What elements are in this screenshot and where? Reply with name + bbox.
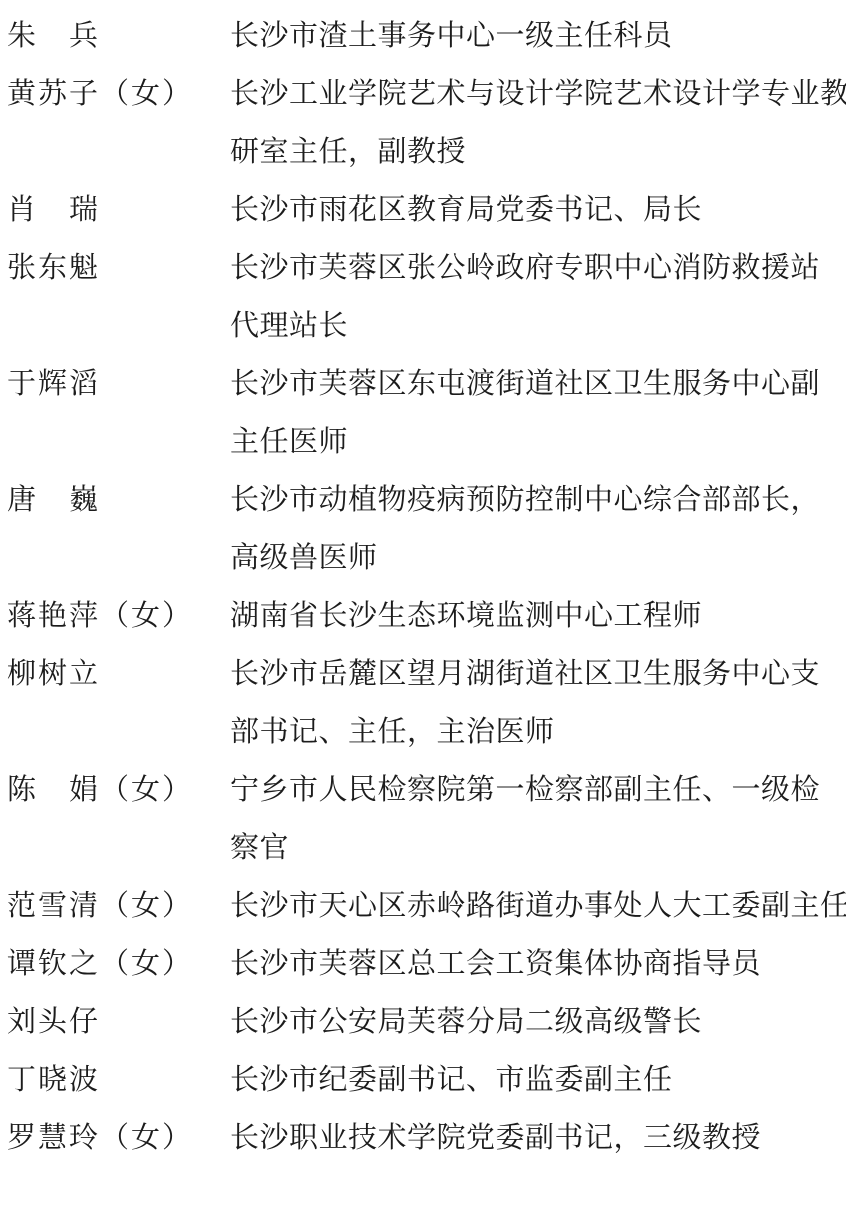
person-name: 柳树立 [7, 645, 230, 703]
person-name: 刘头仔 [7, 993, 230, 1051]
list-row: 谭钦之（女） 长沙市芙蓉区总工会工资集体协商指导员 [7, 935, 846, 993]
person-name: 范雪清（女） [7, 877, 230, 935]
list-row: 陈 娟（女） 宁乡市人民检察院第一检察部副主任、一级检 察官 [7, 761, 846, 877]
person-position: 长沙工业学院艺术与设计学院艺术设计学专业教 研室主任，副教授 [230, 65, 846, 181]
person-name: 肖 瑞 [7, 181, 230, 239]
person-position: 长沙市芙蓉区东屯渡街道社区卫生服务中心副 主任医师 [230, 355, 846, 471]
person-position: 宁乡市人民检察院第一检察部副主任、一级检 察官 [230, 761, 846, 877]
list-row: 朱 兵 长沙市渣土事务中心一级主任科员 [7, 7, 846, 65]
list-row: 于辉滔 长沙市芙蓉区东屯渡街道社区卫生服务中心副 主任医师 [7, 355, 846, 471]
person-name: 谭钦之（女） [7, 935, 230, 993]
person-name: 唐 巍 [7, 471, 230, 529]
person-position: 长沙职业技术学院党委副书记，三级教授 [230, 1109, 846, 1167]
list-row: 唐 巍 长沙市动植物疫病预防控制中心综合部部长， 高级兽医师 [7, 471, 846, 587]
list-row: 柳树立 长沙市岳麓区望月湖街道社区卫生服务中心支 部书记、主任，主治医师 [7, 645, 846, 761]
person-position: 长沙市芙蓉区张公岭政府专职中心消防救援站 代理站长 [230, 239, 846, 355]
person-name: 丁晓波 [7, 1051, 230, 1109]
list-row: 蒋艳萍（女） 湖南省长沙生态环境监测中心工程师 [7, 587, 846, 645]
list-row: 黄苏子（女） 长沙工业学院艺术与设计学院艺术设计学专业教 研室主任，副教授 [7, 65, 846, 181]
person-name: 罗慧玲（女） [7, 1109, 230, 1167]
list-row: 丁晓波 长沙市纪委副书记、市监委副主任 [7, 1051, 846, 1109]
person-name: 陈 娟（女） [7, 761, 230, 819]
list-row: 范雪清（女） 长沙市天心区赤岭路街道办事处人大工委副主任 [7, 877, 846, 935]
person-position: 长沙市芙蓉区总工会工资集体协商指导员 [230, 935, 846, 993]
person-position: 长沙市渣土事务中心一级主任科员 [230, 7, 846, 65]
person-name: 于辉滔 [7, 355, 230, 413]
person-position: 长沙市动植物疫病预防控制中心综合部部长， 高级兽医师 [230, 471, 846, 587]
person-position: 湖南省长沙生态环境监测中心工程师 [230, 587, 846, 645]
person-position: 长沙市岳麓区望月湖街道社区卫生服务中心支 部书记、主任，主治医师 [230, 645, 846, 761]
list-row: 罗慧玲（女） 长沙职业技术学院党委副书记，三级教授 [7, 1109, 846, 1167]
person-name: 黄苏子（女） [7, 65, 230, 123]
list-row: 刘头仔 长沙市公安局芙蓉分局二级高级警长 [7, 993, 846, 1051]
document-page: 朱 兵 长沙市渣土事务中心一级主任科员 黄苏子（女） 长沙工业学院艺术与设计学院… [0, 0, 846, 1167]
person-name: 张东魁 [7, 239, 230, 297]
list-row: 肖 瑞 长沙市雨花区教育局党委书记、局长 [7, 181, 846, 239]
person-position: 长沙市雨花区教育局党委书记、局长 [230, 181, 846, 239]
person-position: 长沙市天心区赤岭路街道办事处人大工委副主任 [230, 877, 846, 935]
person-position: 长沙市纪委副书记、市监委副主任 [230, 1051, 846, 1109]
personnel-list: 朱 兵 长沙市渣土事务中心一级主任科员 黄苏子（女） 长沙工业学院艺术与设计学院… [7, 7, 846, 1167]
person-position: 长沙市公安局芙蓉分局二级高级警长 [230, 993, 846, 1051]
list-row: 张东魁 长沙市芙蓉区张公岭政府专职中心消防救援站 代理站长 [7, 239, 846, 355]
person-name: 朱 兵 [7, 7, 230, 65]
person-name: 蒋艳萍（女） [7, 587, 230, 645]
